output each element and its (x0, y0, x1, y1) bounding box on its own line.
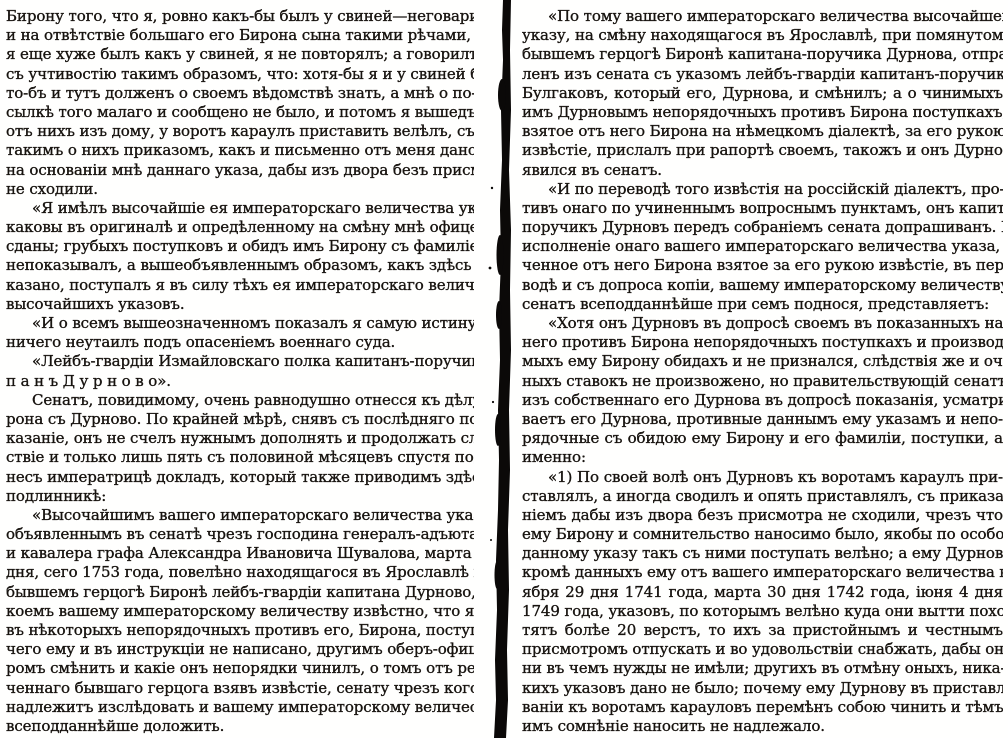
text-line: рона съ Дурново. По крайней мѣрѣ, снявъ … (6, 410, 474, 429)
text-line: присмотромъ отпускать и во удовольствіи … (522, 640, 1003, 659)
left-page-column: Бирону того, что я, ровно какъ-бы былъ у… (6, 7, 474, 736)
text-line: коемъ вашему императорскому величеству и… (6, 602, 474, 621)
gutter-ink-band (489, 0, 511, 738)
text-line: имъ сомнѣніе наносить не надлежало. (522, 717, 1003, 736)
text-line: ничего неутаилъ подъ опасеніемъ военнаго… (6, 333, 474, 352)
text-line: ему Бирону и сомнительство наносимо было… (522, 525, 1003, 544)
text-line: высочайшихъ указовъ. (6, 295, 474, 314)
text-line: ни въ чемъ нужды не имѣли; другихъ въ от… (522, 659, 1003, 678)
text-line: «Лейбъ-гвардіи Измайловскаго полка капит… (6, 352, 474, 371)
text-line: указу, на смѣну находящагося въ Ярославл… (522, 26, 1003, 45)
text-line: объявленнымъ въ сенатѣ чрезъ господина г… (6, 525, 474, 544)
text-line: не сходили. (6, 180, 474, 199)
text-line: рядочные съ обидою ему Бирону и его фами… (522, 429, 1003, 448)
text-line: то-бъ и тутъ долженъ о своемъ вѣдомствѣ … (6, 84, 474, 103)
text-line: ября 29 дня 1741 года, марта 30 дня 1742… (522, 583, 1003, 602)
text-line: ніемъ дабы изъ двора безъ присмотра не с… (522, 506, 1003, 525)
text-line: ваніи къ воротамъ карауловъ перемѣнъ соб… (522, 698, 1003, 717)
text-line: тятъ болѣе 20 верстъ, то ихъ за пристойн… (522, 621, 1003, 640)
text-line: 1749 года, указовъ, по которымъ велѣно к… (522, 602, 1003, 621)
text-line: взятое отъ него Бирона на нѣмецкомъ діал… (522, 122, 1003, 141)
text-line: п а н ъ Д у р н о в о». (6, 372, 474, 391)
text-line: ваетъ его Дурнова, противные даннымъ ему… (522, 410, 1003, 429)
text-line: чего ему и въ инструкціи не написано, др… (6, 640, 474, 659)
text-line: бывшемъ герцогѣ Биронѣ лейбъ-гвардіи кап… (6, 583, 474, 602)
text-line: сылкѣ того малаго и сообщено не было, и … (6, 103, 474, 122)
text-line: «И о всемъ вышеозначенномъ показалъ я са… (6, 314, 474, 333)
text-line: сданы; грубыхъ поступковъ и обидъ имъ Би… (6, 237, 474, 256)
text-line: кромѣ данныхъ ему отъ вашего императорск… (522, 563, 1003, 582)
text-line: «Хотя онъ Дурновъ въ допросѣ своемъ въ п… (522, 314, 1003, 333)
text-line: такимъ о нихъ приказомъ, какъ и письменн… (6, 141, 474, 160)
scanned-book-page: Бирону того, что я, ровно какъ-бы былъ у… (0, 0, 1008, 738)
text-line: «И по переводѣ того извѣстія на россійск… (522, 180, 1003, 199)
text-line: именно: (522, 448, 1003, 467)
text-line: ленъ изъ сената съ указомъ лейбъ-гвардіи… (522, 65, 1003, 84)
text-line: ченное отъ него Бирона взятое за его рук… (522, 256, 1003, 275)
text-line: ромъ смѣнить и какіе онъ непорядки чинил… (6, 659, 474, 678)
text-line: поручикъ Дурновъ передъ собраніемъ сенат… (522, 218, 1003, 237)
text-line: съ учтивостію такимъ образомъ, что: хотя… (6, 65, 474, 84)
text-line: «1) По своей волѣ онъ Дурновъ къ воротам… (522, 468, 1003, 487)
text-line: бывшемъ герцогѣ Биронѣ капитана-поручика… (522, 45, 1003, 64)
text-line: и кавалера графа Александра Ивановича Шу… (6, 544, 474, 563)
text-line: въ нѣкоторыхъ непорядочныхъ противъ его,… (6, 621, 474, 640)
text-line: «Я имѣлъ высочайшіе ея императорскаго ве… (6, 199, 474, 218)
text-line: Бирону того, что я, ровно какъ-бы былъ у… (6, 7, 474, 26)
text-line: тивъ онаго по учиненнымъ вопроснымъ пунк… (522, 199, 1003, 218)
text-line: отъ нихъ изъ дому, у воротъ караулъ прис… (6, 122, 474, 141)
text-line: всеподданнѣйше доложить. (6, 717, 474, 736)
text-line: «По тому вашего императорскаго величеств… (522, 7, 1003, 26)
text-line: мыхъ ему Бирону обидахъ и не признался, … (522, 352, 1003, 371)
text-line: изъ собственнаго его Дурнова въ допросѣ … (522, 391, 1003, 410)
text-line: исполненіе онаго вашего императорскаго в… (522, 237, 1003, 256)
text-line: сенатъ всеподданнѣйше при семъ поднося, … (522, 295, 1003, 314)
text-line: подлинникѣ: (6, 487, 474, 506)
text-line: на основаніи мнѣ даннаго указа, дабы изъ… (6, 161, 474, 180)
text-line: ныхъ ставокъ не произвожено, но правител… (522, 372, 1003, 391)
text-line: ставлялъ, а иногда сводилъ и опять прист… (522, 487, 1003, 506)
text-line: дня, сего 1753 года, повелѣно находящаго… (6, 563, 474, 582)
text-line: Сенатъ, повидимому, очень равнодушно отн… (6, 391, 474, 410)
text-line: надлежитъ изслѣдовать и вашему император… (6, 698, 474, 717)
text-line: ствіе и только лишь пять съ половиной мѣ… (6, 448, 474, 467)
text-line: Булгаковъ, который его, Дурнова, и смѣни… (522, 84, 1003, 103)
book-gutter-shadow (478, 0, 522, 738)
text-line: казаніе, онъ не счелъ нужнымъ дополнять … (6, 429, 474, 448)
text-line: я еще хуже былъ какъ у свиней, я не повт… (6, 45, 474, 64)
text-line: данному указу такъ съ ними поступать вел… (522, 544, 1003, 563)
text-line: ченнаго бывшаго герцога взявъ извѣстіе, … (6, 679, 474, 698)
text-line: непоказывалъ, а вышеобъявленнымъ образом… (6, 256, 474, 275)
text-line: казано, поступалъ я въ силу тѣхъ ея импе… (6, 276, 474, 295)
text-line: имъ Дурновымъ непорядочныхъ противъ Биро… (522, 103, 1003, 122)
text-line: кихъ указовъ дано не было; почему ему Ду… (522, 679, 1003, 698)
right-page-column: «По тому вашего императорскаго величеств… (522, 7, 1003, 736)
text-line: явился въ сенатъ. (522, 161, 1003, 180)
text-line: «Высочайшимъ вашего императорскаго велич… (6, 506, 474, 525)
text-line: извѣстіе, прислалъ при рапортѣ своемъ, т… (522, 141, 1003, 160)
text-line: и на отвѣтствіе большаго его Бирона сына… (6, 26, 474, 45)
text-line: несъ императрицѣ докладъ, который также … (6, 468, 474, 487)
text-line: него противъ Бирона непорядочныхъ поступ… (522, 333, 1003, 352)
text-line: водѣ и съ допроса копіи, вашему императо… (522, 276, 1003, 295)
text-line: каковы въ оригиналѣ и опредѣленному на с… (6, 218, 474, 237)
